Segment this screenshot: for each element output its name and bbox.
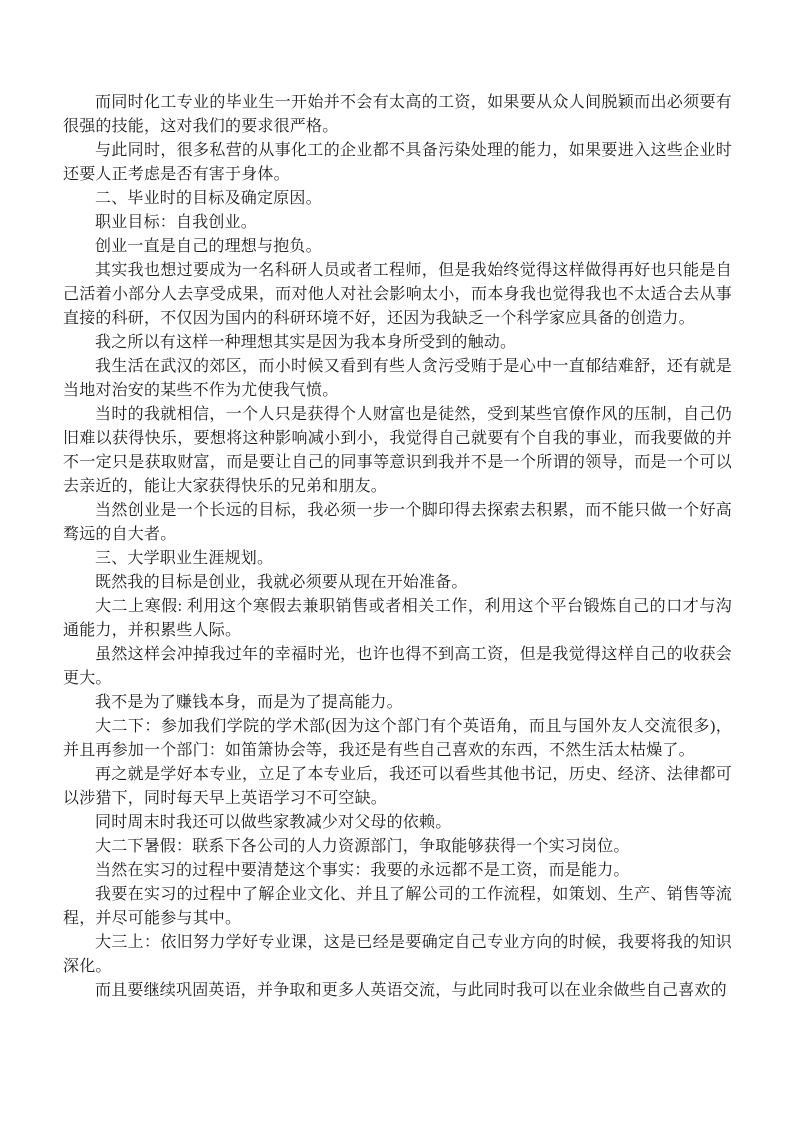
paragraph: 当然创业是一个长远的目标，我必须一步一个脚印得去探索去积累，而不能只做一个好高骛… <box>63 499 732 547</box>
paragraph: 而且要继续巩固英语，并争取和更多人英语交流，与此同时我可以在业余做些自己喜欢的 <box>63 979 732 1003</box>
paragraph: 我要在实习的过程中了解企业文化、并且了解公司的工作流程，如策划、生产、销售等流程… <box>63 883 732 931</box>
paragraph: 大二下：参加我们学院的学术部(因为这个部门有个英语角，而且与国外友人交流很多)，… <box>63 715 732 763</box>
paragraph: 当然在实习的过程中要清楚这个事实：我要的永远都不是工资，而是能力。 <box>63 859 732 883</box>
paragraph: 大二上寒假: 利用这个寒假去兼职销售或者相关工作，利用这个平台锻炼自己的口才与沟… <box>63 595 732 643</box>
paragraph: 与此同时，很多私营的从事化工的企业都不具备污染处理的能力，如果要进入这些企业时还… <box>63 139 732 187</box>
paragraph: 既然我的目标是创业，我就必须要从现在开始准备。 <box>63 571 732 595</box>
paragraph: 三、大学职业生涯规划。 <box>63 547 732 571</box>
document-text-block: 而同时化工专业的毕业生一开始并不会有太高的工资，如果要从众人间脱颖而出必须要有很… <box>63 91 732 1003</box>
paragraph: 职业目标：自我创业。 <box>63 211 732 235</box>
paragraph: 其实我也想过要成为一名科研人员或者工程师，但是我始终觉得这样做得再好也只能是自己… <box>63 259 732 331</box>
paragraph: 大三上：依旧努力学好专业课，这是已经是要确定自己专业方向的时候，我要将我的知识深… <box>63 931 732 979</box>
paragraph: 当时的我就相信，一个人只是获得个人财富也是徒然，受到某些官僚作风的压制，自己仍旧… <box>63 403 732 499</box>
paragraph: 二、毕业时的目标及确定原因。 <box>63 187 732 211</box>
paragraph: 我不是为了赚钱本身，而是为了提高能力。 <box>63 691 732 715</box>
paragraph: 而同时化工专业的毕业生一开始并不会有太高的工资，如果要从众人间脱颖而出必须要有很… <box>63 91 732 139</box>
paragraph: 同时周末时我还可以做些家教减少对父母的依赖。 <box>63 811 732 835</box>
paragraph: 我生活在武汉的郊区，而小时候又看到有些人贪污受贿于是心中一直郁结难舒，还有就是当… <box>63 355 732 403</box>
paragraph: 创业一直是自己的理想与抱负。 <box>63 235 732 259</box>
paragraph: 大二下暑假：联系下各公司的人力资源部门，争取能够获得一个实习岗位。 <box>63 835 732 859</box>
paragraph: 再之就是学好本专业，立足了本专业后，我还可以看些其他书记，历史、经济、法律都可以… <box>63 763 732 811</box>
paragraph: 虽然这样会冲掉我过年的幸福时光，也许也得不到高工资，但是我觉得这样自己的收获会更… <box>63 643 732 691</box>
document-page: 而同时化工专业的毕业生一开始并不会有太高的工资，如果要从众人间脱颖而出必须要有很… <box>0 0 793 1122</box>
paragraph: 我之所以有这样一种理想其实是因为我本身所受到的触动。 <box>63 331 732 355</box>
